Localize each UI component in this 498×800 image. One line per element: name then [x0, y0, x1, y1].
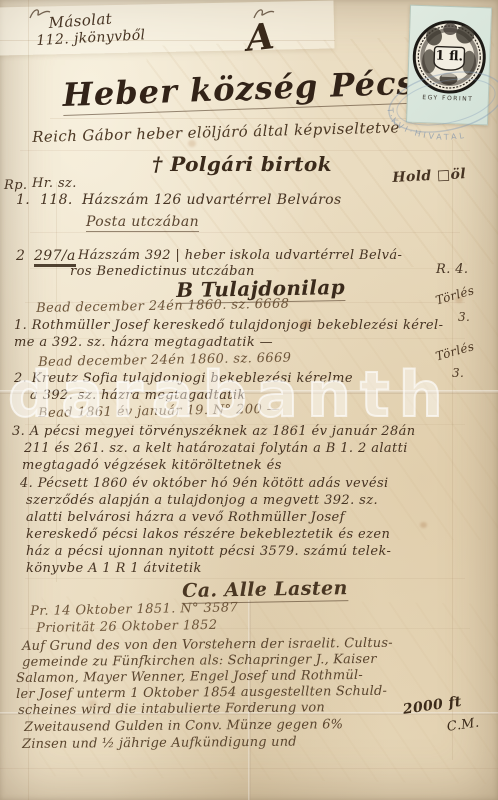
entry1-margin-note2: 3. [458, 310, 470, 324]
row2-description: Házszám 392 | heber iskola udvartérrel B… [78, 248, 402, 263]
entry4-line: kereskedő pécsi lakos részére bekeblezte… [26, 527, 390, 542]
entry1-line: me a 392. sz. házra megtagadtatik — [14, 335, 273, 350]
ruled-line [30, 232, 460, 233]
burden-line: scheines wird die intabulierte Forderung… [18, 700, 325, 718]
cancellation-mark: T·KVI·HIVATAL [380, 56, 498, 146]
row2-rp: 2 [16, 248, 25, 264]
burden-margin-currency: C.M. [446, 715, 480, 734]
entry1-margin-note: Törlés [434, 283, 476, 307]
foxing-spot [420, 522, 427, 528]
row1-description: Házszám 126 udvartérrel Belváros [82, 192, 342, 208]
entry4-line: ház a pécsi ujonnan nyitott pécsi 3579. … [26, 544, 391, 559]
entry4-line: 4. Pécsett 1860 év október hó 9én kötött… [20, 476, 389, 491]
burden-ref-line2: Priorität 26 Oktober 1852 [36, 618, 218, 636]
hrsz-column-header: Hr. sz. [32, 176, 77, 191]
burden-line: Salamon, Mayer Wenner, Engel Josef und R… [16, 668, 363, 686]
burden-margin-amount: 2000 ft [402, 694, 463, 718]
burden-ref-line1: Pr. 14 Oktober 1851. N° 3587 [30, 600, 238, 619]
entry3-line: 211 és 261. sz. a kelt határozatai folyt… [24, 441, 408, 456]
entry1-intro: Bead december 24én 1860. sz. 6668 [36, 297, 290, 316]
row1-street: Posta utczában [86, 214, 199, 232]
entry4-line: könyvbe A 1 R 1 átvitetik [26, 561, 202, 576]
manuscript-page: Másolat 112. jkönyvből A Heber község Pé… [0, 0, 498, 800]
entry3-line: megtagadó végzések kitöröltetnek és [22, 458, 282, 473]
property-section-header: † Polgári birtok [152, 152, 332, 176]
svg-text:T·KVI·HIVATAL: T·KVI·HIVATAL [385, 107, 467, 142]
area-column-header: Hold □öl [392, 166, 466, 186]
entry4-line: szerződés alapján a tulajdonjog a megvet… [26, 493, 378, 508]
burden-line: gemeinde zu Fünfkirchen als: Schapringer… [22, 652, 377, 670]
burden-line: Zinsen und ½ jährige Aufkündigung und [22, 735, 297, 752]
entry1-line: 1. Rothmüller Josef kereskedő tulajdonjo… [14, 318, 443, 333]
row1-hrsz: 118. [40, 192, 73, 208]
ruled-line [0, 768, 498, 769]
watermark: darabanth [8, 358, 452, 431]
entry4-line: alatti belvárosi házra a vevő Rothmüller… [26, 510, 345, 525]
ruled-line [20, 150, 470, 151]
margin-line-right [452, 140, 453, 760]
representation-line: Reich Gábor heber elöljáró által képvise… [32, 118, 400, 146]
burden-line: ler Josef unterm 1 Oktober 1854 ausgeste… [16, 684, 387, 702]
entry2-margin-note2: 3. [452, 366, 464, 380]
rp-column-header: Rp. [4, 178, 27, 193]
row2-margin-note: R. 4. [436, 262, 468, 277]
big-initial: A [244, 15, 277, 60]
row1-rp: 1. [16, 192, 30, 208]
burden-line: Zweitausend Gulden in Conv. Münze gegen … [24, 717, 343, 735]
